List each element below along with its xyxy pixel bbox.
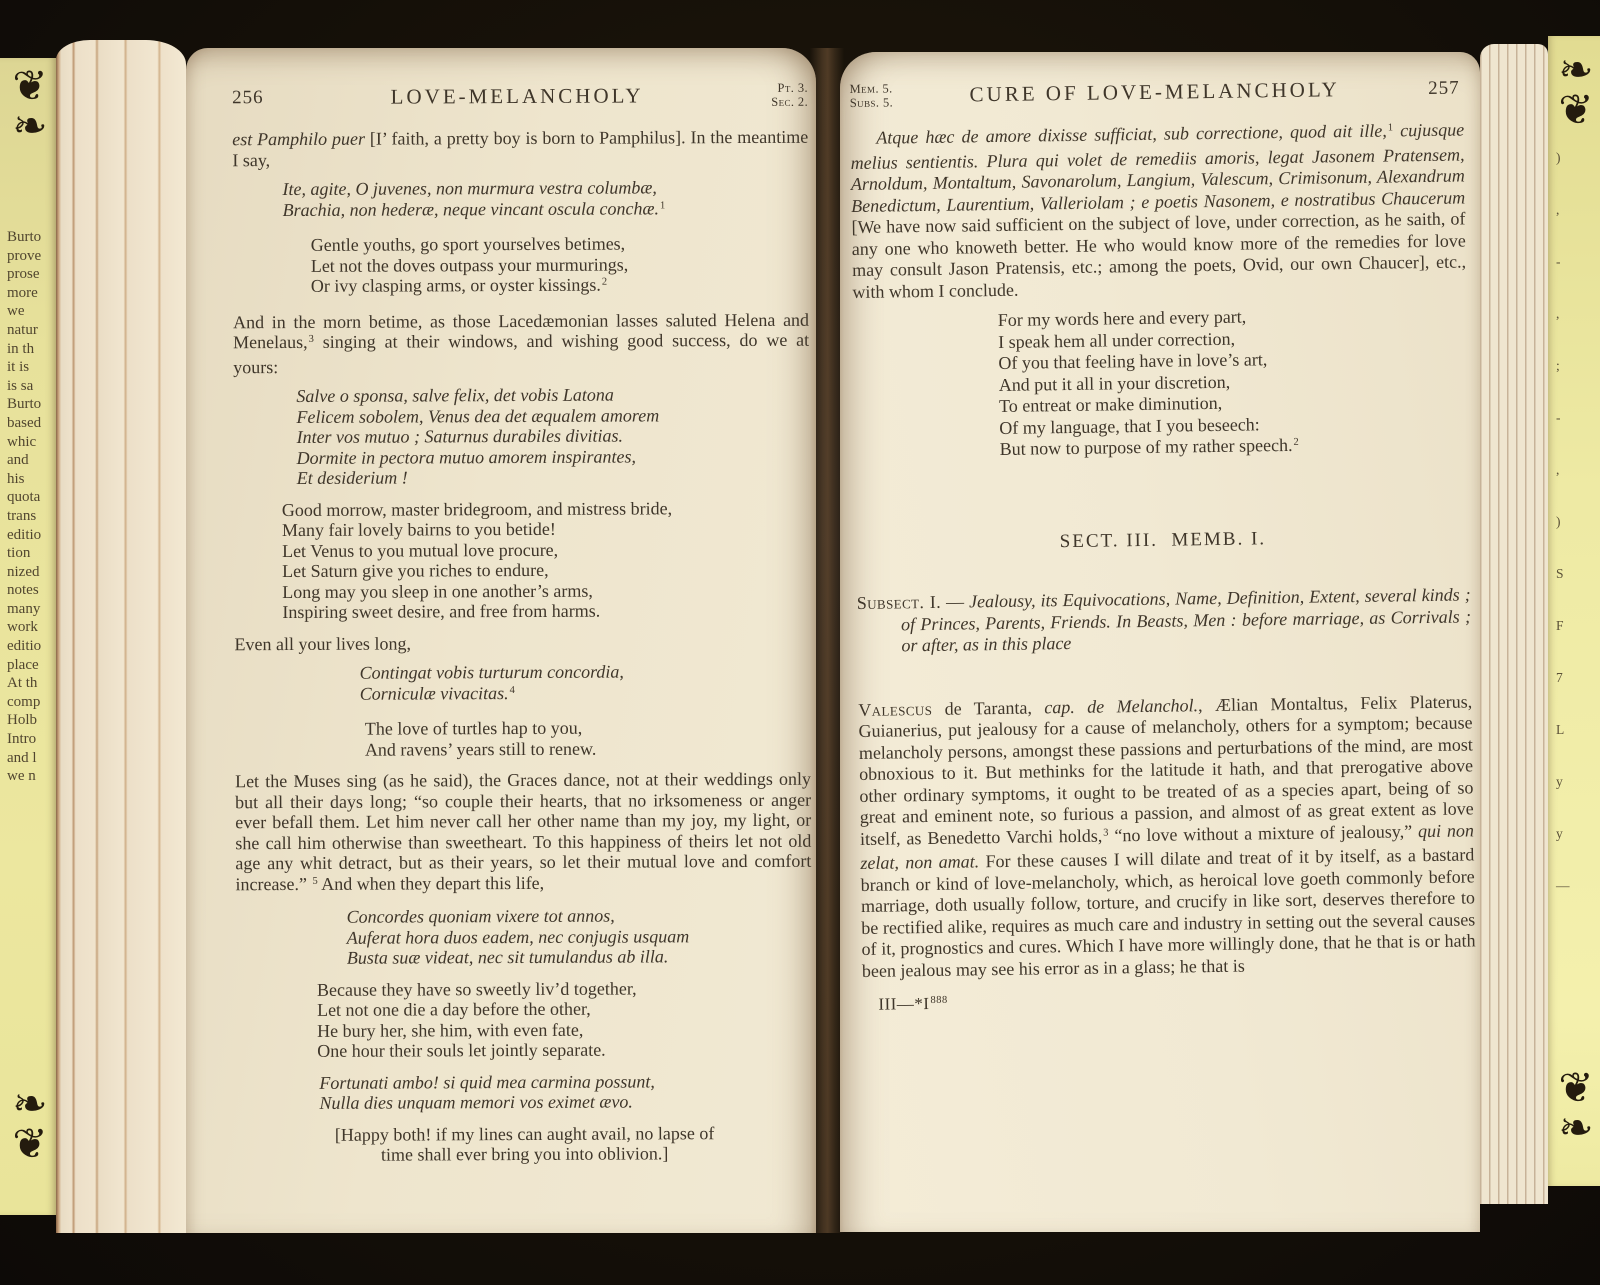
left-page-edges [56, 40, 186, 1233]
text-line: Auferat hora duos eadem, nec conjugis us… [347, 925, 812, 948]
flap-text-fragment: ) [1556, 132, 1600, 184]
english-verse: Good morrow, master bridegroom, and mist… [282, 497, 811, 622]
flap-text-fragment: is sa [7, 377, 56, 396]
english-verse: The love of turtles hap to you,And raven… [365, 717, 811, 760]
text-line: Brachia, non hederæ, neque vincant oscul… [283, 197, 809, 224]
signature-text: III—*I [878, 994, 929, 1014]
flap-text-fragment: and [7, 451, 56, 470]
text-line: And ravens’ years still to renew. [365, 737, 811, 759]
text-line: Gentle youths, go sport yourselves betim… [311, 233, 809, 256]
text-line: Felicem sobolem, Venus dea det æqualem a… [296, 404, 809, 427]
right-running-title: CURE OF LOVE-MELANCHOLY [919, 75, 1389, 109]
flap-text-fragment: prose [7, 265, 56, 284]
text-line: Inspiring sweet desire, and free from ha… [282, 600, 810, 623]
text-line: Concordes quoniam vixere tot annos, [347, 905, 812, 928]
latin-verse: Fortunati ambo! si quid mea carmina poss… [319, 1070, 812, 1113]
right-margin-note: Mem. 5. Subs. 5. [849, 81, 919, 110]
text-line: Dormite in pectora mutuo amorem inspiran… [297, 445, 810, 468]
book-gutter [810, 48, 844, 1233]
text-line: Let not one die a day before the other, [317, 998, 812, 1021]
text-line: Nulla dies unquam memori vos eximet ævo. [319, 1091, 812, 1114]
jacket-ornament-bottom-right-icon: ❦❧ [1548, 1068, 1600, 1148]
section-heading: SECT. III. MEMB. I. [856, 525, 1470, 555]
latin-verse: Concordes quoniam vixere tot annos,Aufer… [347, 905, 812, 969]
text-line: One hour their souls let jointly separat… [317, 1039, 812, 1062]
flap-text-fragment: trans [7, 507, 56, 526]
flap-text-fragment: editio [7, 637, 56, 656]
right-jacket-strip: ❧❦ ),-,;-,)SF7Lyy— ❦❧ [1548, 36, 1600, 1186]
flap-text-fragment: F [1556, 600, 1600, 652]
flap-text-fragment: place [7, 656, 56, 675]
flap-text-fragment: Burto [7, 395, 56, 414]
text-line: Atque hæc de amore dixisse sufficiat, su… [850, 119, 1466, 303]
jacket-ornament-top-left-icon: ❦❧ [0, 66, 56, 146]
flap-text-fragment: At th [7, 674, 56, 693]
paragraph: Even all your lives long, [234, 631, 810, 654]
left-running-title: LOVE-MELANCHOLY [302, 81, 732, 110]
text-line: Let not the doves outpass your murmuring… [311, 253, 809, 276]
english-verse: For my words here and every part,I speak… [998, 303, 1469, 463]
flap-text-fragment: 7 [1556, 652, 1600, 704]
flap-text-fragment: Burto [7, 228, 56, 247]
right-flap-text: ),-,;-,)SF7Lyy— [1556, 132, 1600, 912]
text-line: Busta suæ videat, nec sit tumulandus ab … [347, 946, 812, 969]
paragraph: Let the Muses sing (as he said), the Gra… [235, 769, 812, 899]
flap-text-fragment: comp [7, 693, 56, 712]
printer-signature: III—*I888 [878, 986, 1478, 1014]
right-page-edges [1480, 44, 1548, 1204]
flap-text-fragment: in th [7, 340, 56, 359]
text-line: And in the morn betime, as those Lacedæm… [233, 309, 809, 377]
flap-text-fragment: his [7, 470, 56, 489]
flap-text-fragment: it is [7, 358, 56, 377]
flap-text-fragment: prove [7, 247, 56, 266]
text-line: Contingat vobis turturum concordia, [360, 661, 811, 683]
left-page-header: 256 LOVE-MELANCHOLY Pt. 3. Sec. 2. [232, 81, 808, 112]
flap-text-fragment: natur [7, 321, 56, 340]
left-jacket-flap: ❦❧ Burtoproveprosemorewenaturin thit isi… [0, 58, 56, 1215]
flap-text-fragment: , [1556, 184, 1600, 236]
text-line: Or ivy clasping arms, or oyster kissings… [311, 274, 809, 301]
text-line: Let Venus to you mutual love procure, [282, 538, 810, 561]
margin-note-line: Mem. 5. [849, 81, 919, 96]
english-verse: Gentle youths, go sport yourselves betim… [311, 233, 809, 301]
flap-text-fragment: - [1556, 236, 1600, 288]
flap-text-fragment: quota [7, 488, 56, 507]
flap-text-fragment: ) [1556, 496, 1600, 548]
paragraph: Atque hæc de amore dixisse sufficiat, su… [850, 119, 1466, 303]
text-line: The love of turtles hap to you, [365, 717, 811, 739]
latin-verse: Salve o sponsa, salve felix, det vobis L… [296, 384, 809, 489]
text-line: est Pamphilo puer [I’ faith, a pretty bo… [232, 127, 808, 171]
signature-superscript: 888 [930, 995, 947, 1006]
flap-text-fragment: whic [7, 433, 56, 452]
text-line: Let Saturn give you riches to endure, [282, 559, 810, 582]
left-page-number: 256 [232, 83, 302, 109]
paragraph: And in the morn betime, as those Lacedæm… [233, 309, 809, 377]
text-line: Valescus de Taranta, cap. de Melanchol.,… [858, 691, 1476, 982]
left-page-body: est Pamphilo puer [I’ faith, a pretty bo… [232, 127, 813, 1166]
subsection-heading: Subsect. I. — Jealousy, its Equivocation… [857, 584, 1472, 657]
flap-text-fragment: y [1556, 808, 1600, 860]
text-line: Fortunati ambo! si quid mea carmina poss… [319, 1070, 812, 1093]
text-line: Et desiderium ! [297, 466, 810, 489]
jacket-ornament-top-right-icon: ❧❦ [1548, 50, 1600, 130]
left-flap-text: Burtoproveprosemorewenaturin thit isis s… [7, 228, 56, 786]
text-line: Let the Muses sing (as he said), the Gra… [235, 769, 812, 899]
flap-text-fragment: ; [1556, 340, 1600, 392]
flap-text-fragment: Intro [7, 730, 56, 749]
right-page-body: Atque hæc de amore dixisse sufficiat, su… [850, 119, 1476, 981]
flap-text-fragment: Holb [7, 711, 56, 730]
flap-text-fragment: - [1556, 392, 1600, 444]
text-line: SECT. III. MEMB. I. [856, 525, 1470, 555]
margin-note-line: Sec. 2. [732, 95, 808, 109]
flap-text-fragment: and l [7, 749, 56, 768]
flap-text-fragment: nized [7, 563, 56, 582]
flap-text-fragment: notes [7, 581, 56, 600]
margin-note-line: Pt. 3. [732, 81, 808, 95]
right-page-number: 257 [1389, 73, 1465, 100]
book-photo: ❦❧ Burtoproveprosemorewenaturin thit isi… [0, 0, 1600, 1285]
flap-text-fragment: L [1556, 704, 1600, 756]
latin-verse: Contingat vobis turturum concordia,Corni… [360, 661, 811, 708]
flap-text-fragment: we n [7, 767, 56, 786]
text-line: Salve o sponsa, salve felix, det vobis L… [296, 384, 809, 407]
text-line: Ite, agite, O juvenes, non murmura vestr… [282, 177, 808, 200]
right-page-header: Mem. 5. Subs. 5. CURE OF LOVE-MELANCHOLY… [849, 73, 1465, 110]
english-verse: Because they have so sweetly liv’d toget… [317, 977, 812, 1061]
flap-text-fragment: more [7, 284, 56, 303]
flap-text-fragment: we [7, 302, 56, 321]
flap-text-fragment: — [1556, 860, 1600, 912]
text-line: Corniculæ vivacitas.4 [360, 681, 811, 707]
left-margin-note: Pt. 3. Sec. 2. [732, 81, 808, 109]
flap-text-fragment: editio [7, 526, 56, 545]
flap-text-fragment: tion [7, 544, 56, 563]
flap-text-fragment: , [1556, 288, 1600, 340]
flap-text-fragment: work [7, 618, 56, 637]
text-line: Long may you sleep in one another’s arms… [282, 579, 810, 602]
paragraph: Valescus de Taranta, cap. de Melanchol.,… [858, 691, 1476, 982]
text-line: But now to purpose of my rather speech.2 [999, 432, 1468, 463]
text-line: Good morrow, master bridegroom, and mist… [282, 497, 810, 520]
text-line: Subsect. I. — Jealousy, its Equivocation… [857, 584, 1472, 657]
flap-text-fragment: , [1556, 444, 1600, 496]
margin-note-line: Subs. 5. [850, 95, 920, 110]
left-page: 256 LOVE-MELANCHOLY Pt. 3. Sec. 2. est P… [186, 48, 816, 1233]
right-page: Mem. 5. Subs. 5. CURE OF LOVE-MELANCHOLY… [840, 52, 1480, 1232]
text-line: [Happy both! if my lines can aught avail… [237, 1122, 813, 1145]
text-line: Many fair lovely bairns to you betide! [282, 518, 810, 541]
latin-verse: Ite, agite, O juvenes, non murmura vestr… [282, 177, 808, 224]
text-line: Inter vos mutuo ; Saturnus durabiles div… [297, 425, 810, 448]
text-line: Even all your lives long, [234, 631, 810, 654]
flap-text-fragment: y [1556, 756, 1600, 808]
flap-text-fragment: S [1556, 548, 1600, 600]
flap-text-fragment: based [7, 414, 56, 433]
text-line: He bury her, she him, with even fate, [317, 1018, 812, 1041]
paragraph: est Pamphilo puer [I’ faith, a pretty bo… [232, 127, 808, 171]
text-line: Because they have so sweetly liv’d toget… [317, 977, 812, 1000]
flap-text-fragment: many [7, 600, 56, 619]
jacket-ornament-bottom-left-icon: ❧❦ [0, 1084, 56, 1164]
translation-note: [Happy both! if my lines can aught avail… [237, 1122, 813, 1166]
text-line: time shall ever bring you into oblivion.… [237, 1143, 813, 1166]
